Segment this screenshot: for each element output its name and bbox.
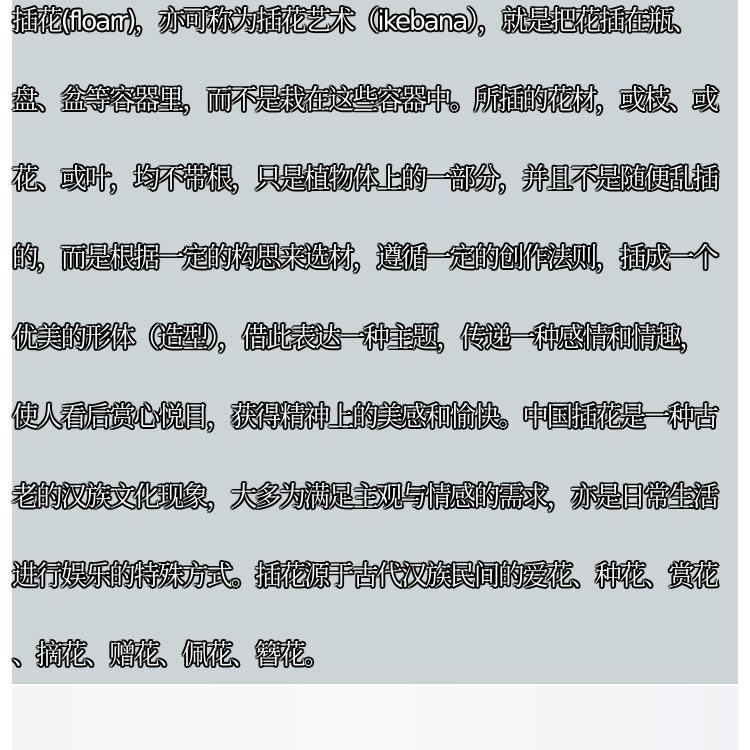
page: 插花(floarr)，亦可称为插花艺术（ikebana），就是把花插在瓶、 盘、… — [0, 0, 750, 750]
article-line-8: 进行娱乐的特殊方式。插花源于古代汉族民间的爱花、种花、赏花 — [12, 555, 727, 599]
article-line-5: 优美的形体（造型），借此表达一种主题，传递一种感情和情趣， — [12, 317, 727, 361]
article-line-7: 老的汉族文化现象，大多为满足主观与情感的需求，亦是日常生活 — [12, 476, 727, 520]
article-line-2: 盘、盆等容器里，而不是栽在这些容器中。所插的花材，或枝、或 — [12, 79, 727, 123]
blank-lower-area — [12, 686, 738, 750]
article-line-6: 使人看后赏心悦目，获得精神上的美感和愉快。中国插花是一种古 — [12, 396, 727, 440]
article-line-3: 花、或叶，均不带根，只是植物体上的一部分，并且不是随便乱插 — [12, 158, 727, 202]
article-line-4: 的，而是根据一定的构思来选材，遵循一定的创作法则，插成一个 — [12, 237, 727, 281]
article-line-9: 、摘花、赠花、佩花、簪花。 — [12, 634, 727, 678]
article-line-1: 插花(floarr)，亦可称为插花艺术（ikebana），就是把花插在瓶、 — [12, 0, 727, 44]
